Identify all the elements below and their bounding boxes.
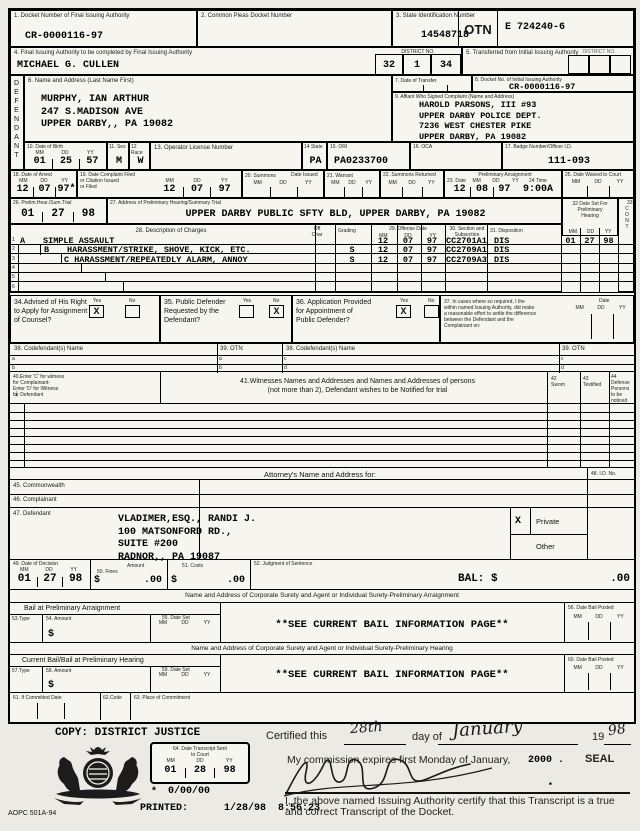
year-19-text: 19 xyxy=(592,731,604,743)
row-letter: b xyxy=(12,365,15,371)
box32-label: 32 Date Set For Preliminary Hearing xyxy=(564,201,616,219)
tick xyxy=(344,187,345,197)
tick xyxy=(587,186,588,197)
bail2-notice: **SEE CURRENT BAIL INFORMATION PAGE** xyxy=(222,669,562,682)
box9-affiant: 9. Affiant Who Signed Complaint (Name an… xyxy=(392,92,634,142)
box62-label: 62.Code xyxy=(103,695,122,701)
grid-line xyxy=(10,412,634,413)
yy-label: YY xyxy=(296,180,321,186)
attorney-header: Attorney's Name and Address for: xyxy=(170,470,470,479)
row-letter: c xyxy=(284,356,287,362)
dd-label: DD xyxy=(270,180,295,186)
bail2-title: Current Bail/Bail at Preliminary Hearing xyxy=(22,657,144,666)
state-value: PA xyxy=(303,156,328,169)
row-letter: a xyxy=(12,356,15,362)
tick xyxy=(609,186,610,197)
costs-dollar: $ xyxy=(171,575,177,588)
grid-line xyxy=(24,404,25,468)
offense-date-header: 29. Offense Date xyxy=(371,226,445,232)
witness-header: 40.Enter 'C' for witness for Complainant… xyxy=(10,372,634,404)
box64-mdy: MMDDYY xyxy=(156,758,244,764)
arraign-yy: 97 xyxy=(494,184,515,197)
charge-disposition: DIS xyxy=(494,255,509,266)
date-issued-label: Date Issued xyxy=(291,172,318,178)
costs-value: .00 xyxy=(190,575,245,588)
decision-yy: 98 xyxy=(63,573,88,587)
commonwealth-row-label: 45. Commonwealth xyxy=(13,483,65,490)
box64-value: 01 28 98 xyxy=(156,765,244,778)
grid-line xyxy=(10,364,634,365)
box10-value: 01 25 57 xyxy=(27,156,105,169)
box22-label: 22. Summons Returned xyxy=(383,172,443,178)
sworn-col-label: 42 Sworn xyxy=(551,376,565,388)
box13-label: 13. Operator License Number xyxy=(154,145,294,152)
bail2-dollar: $ xyxy=(48,680,54,693)
yy-label: YY xyxy=(196,620,218,626)
certified-this-text: Certified this xyxy=(266,730,327,742)
mm-label: MM xyxy=(152,620,174,626)
grid-line xyxy=(220,603,221,643)
mm-label: MM xyxy=(565,179,587,185)
box21-warrant: 21. Warrant MMDDYY xyxy=(324,170,380,198)
hearing-mm: 01 xyxy=(13,208,42,222)
dd-label: DD xyxy=(174,620,196,626)
grid-line xyxy=(10,355,634,356)
charge-dd: 07 xyxy=(397,255,419,266)
mm-label: MM xyxy=(569,305,590,311)
box26-value: 01 27 98 xyxy=(13,208,103,222)
box33-cont-label: C O N T xyxy=(619,206,635,230)
box2-label: 2. Common Pleas Docket Number xyxy=(201,13,381,20)
grid-line xyxy=(587,468,588,560)
docket-transcript-form: 1. Docket Number of Final Issuing Author… xyxy=(8,8,636,724)
tick xyxy=(64,703,65,719)
dd-label: DD xyxy=(582,229,600,235)
sent-mm: 01 xyxy=(156,765,185,778)
tick xyxy=(37,703,38,719)
charge-desc: C HARASSMENT/REPEATEDLY ALARM, ANNOY xyxy=(64,255,248,266)
yy-label: YY xyxy=(599,229,617,235)
box64-label: 64. Date Transcript Sent to Court xyxy=(154,746,246,758)
blank-line xyxy=(438,744,578,745)
row-letter: a xyxy=(219,356,222,362)
charge-letter: A xyxy=(20,236,25,247)
copy-district-justice: COPY: DISTRICT JUSTICE xyxy=(55,727,200,741)
bail2-posted-mdy: MMDDYY xyxy=(567,665,631,671)
box23-value: 12 08 97 xyxy=(449,184,515,197)
printed-label: PRINTED: xyxy=(140,803,188,816)
codefendants-section: 38. Codefendant(s) Name 39. OTN 38. Code… xyxy=(10,343,634,372)
grid-line xyxy=(150,666,151,693)
zero-date: 0/00/00 xyxy=(168,786,210,799)
box2-common-pleas-docket: 2. Common Pleas Docket Number xyxy=(197,10,392,47)
surety-band-1-label: Name and Address of Corporate Surety and… xyxy=(10,592,634,599)
pennsylvania-seal-icon xyxy=(50,744,146,806)
box11-label: 11. Sex xyxy=(109,144,126,150)
box64-transcript-sent: 64. Date Transcript Sent to Court MMDDYY… xyxy=(150,742,250,784)
bail2-amount-label: 58. Amount xyxy=(46,668,71,674)
box14-state: 14 State PA xyxy=(302,142,327,170)
box10-date-of-birth: 10. Date of Birth MMDDYY 01 25 57 xyxy=(24,142,107,170)
grid-line xyxy=(530,507,531,534)
grid-line xyxy=(42,614,43,643)
date-label: Date xyxy=(599,298,610,304)
box12-label: 12 Race xyxy=(131,144,149,156)
charge-letter: B xyxy=(44,245,49,256)
box6-value: MURPHY, IAN ARTHUR 247 S.MADISON AVE UPP… xyxy=(41,94,173,132)
grid-line xyxy=(217,344,218,373)
bal-label: BAL: $ xyxy=(458,573,498,587)
tick xyxy=(422,187,423,197)
box25-mdy: MMDDYY xyxy=(565,179,631,185)
box52-label: 52. Judgment of Sentence xyxy=(254,561,312,567)
handwritten-day: 28th xyxy=(349,719,383,737)
row-letter: b xyxy=(219,365,222,371)
grid-line xyxy=(10,272,634,273)
down-arrow-icon: ↓ xyxy=(14,388,19,398)
surety-band-2-label: Name and Address of Corporate Surety and… xyxy=(10,645,634,652)
box15-ori: 15. ORI PA0233700 xyxy=(327,142,410,170)
box34-right-to-counsel: 34.Advised of His Right to Apply for Ass… xyxy=(10,295,160,343)
grid-line xyxy=(580,404,581,468)
grid-line xyxy=(609,404,610,468)
box63-label: 63. Place of Commitment xyxy=(134,695,190,701)
box35-yes-checkbox xyxy=(239,305,254,318)
box4-value: MICHAEL G. CULLEN xyxy=(17,60,119,73)
box26-label: 26. Prelim.Hear./Sum.Trial xyxy=(13,200,105,206)
tick xyxy=(610,622,611,640)
yy-label: YY xyxy=(422,180,441,186)
defendant-rail-box: DEFENDANT xyxy=(10,75,24,170)
grid-line xyxy=(10,420,634,421)
bail1-posted-label: 56. Date Bail Posted xyxy=(568,605,632,611)
grid-line xyxy=(10,428,634,429)
charge-row-num: 6 xyxy=(12,284,15,290)
otn-value: E 724240-6 xyxy=(505,22,565,35)
grid-line xyxy=(10,494,634,495)
tick xyxy=(588,673,589,690)
defense-persons-col-label: 44 Defense Persons to be noticed xyxy=(611,374,630,404)
bail-1-row: Bail at Preliminary Arraignment 53.Type … xyxy=(10,603,634,643)
form-id: AOPC 501A-94 xyxy=(8,810,56,817)
box1-label: 1. Docket Number of Final Issuing Author… xyxy=(14,13,194,20)
fines-dollar: $ xyxy=(94,575,100,588)
grid-line xyxy=(10,460,634,461)
grid-line xyxy=(609,372,610,404)
hearing-yy: 98 xyxy=(74,208,103,222)
grid-line xyxy=(564,603,565,643)
private-label: Private xyxy=(536,517,559,526)
grid-line xyxy=(559,344,560,373)
bail-2-row: Current Bail/Bail at Preliminary Hearing… xyxy=(10,655,634,693)
box16-oca: 16. OCA xyxy=(410,142,502,170)
box22-mdy: MMDDYY xyxy=(383,180,441,186)
box33-cont: 33 C O N T xyxy=(618,198,634,292)
box35-no-checkbox: X xyxy=(269,305,284,318)
defendant-row-label: 47. Defendant xyxy=(13,511,51,518)
decision-mm: 01 xyxy=(12,573,37,587)
complainant-row-label: 46. Complainant xyxy=(13,497,57,504)
yy-label: YY xyxy=(196,672,218,678)
box4-final-issuing-authority: 4. Final Issuing Authority to be complet… xyxy=(10,47,462,75)
yes-label: Yes xyxy=(93,298,101,304)
seal-text: SEAL xyxy=(585,753,614,765)
charges-desc-header: 28. Description of Charges xyxy=(71,228,271,235)
box21-mdy: MMDDYY xyxy=(327,180,377,186)
grid-line xyxy=(315,225,316,293)
bail2-posted-label: 60. Date Bail Posted xyxy=(568,657,632,663)
set-dd: 27 xyxy=(580,236,599,247)
yes-label: Yes xyxy=(400,298,408,304)
bail2-mdy: MMDDYY xyxy=(152,672,218,678)
amount-label: Amount xyxy=(127,563,144,569)
complaint-dd: 07 xyxy=(184,184,211,197)
tick xyxy=(591,314,592,339)
ori-value: PA0233700 xyxy=(334,156,388,169)
arrest-dd: 07 xyxy=(34,184,55,197)
box6-label: 6. Name and Address (Last Name First) xyxy=(28,78,228,85)
dd-label: DD xyxy=(344,180,361,186)
grid-line xyxy=(100,693,101,720)
row-letter: d xyxy=(284,365,287,371)
mm-label: MM xyxy=(245,180,270,186)
box3-state-id: 3. State Identification Number 14548718 … xyxy=(392,10,634,47)
step-line xyxy=(123,282,124,292)
witness-rows xyxy=(10,404,634,468)
tick xyxy=(610,673,611,690)
dd-label: DD xyxy=(185,758,214,764)
charge-yy: 97 xyxy=(421,255,443,266)
grid-line xyxy=(250,560,251,590)
box49-value: 01 27 98 xyxy=(12,573,88,587)
charge-row-num: 2 xyxy=(12,246,15,252)
certify-text-line2: and correct Transcript of the Docket. xyxy=(285,806,454,818)
signature-line xyxy=(285,792,630,794)
arrest-yy: 97* xyxy=(56,184,77,197)
decision-dd: 27 xyxy=(38,573,63,587)
box27-value: UPPER DARBY PUBLIC SFTY BLD, UPPER DARBY… xyxy=(108,209,563,222)
tick xyxy=(297,187,298,197)
badge-value: 111-093 xyxy=(503,156,635,169)
bal-value: .00 xyxy=(570,573,630,587)
dd-label: DD xyxy=(588,614,609,620)
other-label: Other xyxy=(536,542,555,551)
box25-date-waived: 25. Date Waived to Court MMDDYY xyxy=(562,170,634,198)
box37-settlement-effort: 37. In cases where so required, I the wi… xyxy=(440,295,634,343)
grid-line xyxy=(10,281,634,282)
otn-label: OTN xyxy=(458,11,498,48)
yy-label: YY xyxy=(610,614,631,620)
private-checkbox-mark: X xyxy=(515,516,521,529)
grid-line xyxy=(42,666,43,693)
box26-prelim-hearing-date: 26. Prelim.Hear./Sum.Trial 01 27 98 xyxy=(10,198,107,224)
box7-label: 7. Date of Transfer xyxy=(395,78,471,84)
tick xyxy=(362,187,363,197)
defendant-rail-label: DEFENDANT xyxy=(13,80,20,170)
box20-summons: 20. Summons Date Issued MMDDYY xyxy=(242,170,324,198)
row-letter: d xyxy=(561,365,564,371)
bail1-type-label: 53.Type xyxy=(12,616,30,622)
box27-label: 27. Address of Preliminary Hearing/Summa… xyxy=(110,200,360,206)
mm-label: MM xyxy=(383,180,402,186)
dd-label: DD xyxy=(174,672,196,678)
dob-dd: 25 xyxy=(53,156,78,169)
box24-value: 9:00A xyxy=(523,184,553,197)
dd-label: DD xyxy=(590,305,611,311)
off-char-header: Off Char xyxy=(308,226,326,238)
no-label: No xyxy=(273,298,279,304)
box1-docket-number: 1. Docket Number of Final Issuing Author… xyxy=(10,10,197,47)
sex-value: M xyxy=(108,156,130,169)
grid-line xyxy=(10,444,634,445)
otn-right-label: 39. OTN xyxy=(562,346,585,353)
charge-row-num: 1 xyxy=(12,237,15,243)
complaint-mm: 12 xyxy=(156,184,183,197)
box21-label: 21. Warrant xyxy=(327,173,353,179)
arraign-dd: 08 xyxy=(471,184,492,197)
box18-value: 12 07 97* xyxy=(12,184,77,197)
race-value: W xyxy=(130,156,151,169)
box41-label: 41.Witnesses Names and Addresses and Nam… xyxy=(170,378,545,396)
box22-summons-returned: 22. Summons Returned MMDDYY xyxy=(380,170,444,198)
tick xyxy=(270,187,271,197)
grid-line xyxy=(547,404,548,468)
charge-row-num: 3 xyxy=(12,256,15,262)
box12-race: 12 Race W xyxy=(129,142,150,170)
yy-label: YY xyxy=(609,179,631,185)
dd-label: DD xyxy=(588,665,609,671)
box36-application-provided: 36. Application Provided for Appointment… xyxy=(292,295,440,343)
codefendant-left-label: 38. Codefendant(s) Name xyxy=(14,346,83,353)
box13-operator-license: 13. Operator License Number xyxy=(150,142,302,170)
dd-label: DD xyxy=(587,179,609,185)
grading-header: Grading xyxy=(338,228,356,234)
no-label: No xyxy=(428,298,434,304)
box18-date-of-arrest: 18. Date of Arrest MMDDYY 12 07 97* xyxy=(10,170,77,198)
grid-line xyxy=(130,693,131,720)
box40-label: 40.Enter 'C' for witness for Complainant… xyxy=(13,374,108,398)
grid-line xyxy=(282,344,283,373)
footnote-star: * xyxy=(151,787,157,800)
grid-line xyxy=(10,452,634,453)
arraign-mm: 12 xyxy=(449,184,470,197)
box19-label: 19. Date Complaint Filed or Citation Iss… xyxy=(80,172,150,190)
box14-label: 14 State xyxy=(304,144,326,150)
box36-no-checkbox xyxy=(424,305,439,318)
box6-defendant-name-address: 6. Name and Address (Last Name First) MU… xyxy=(24,75,392,142)
bail1-title: Bail at Preliminary Arraignment xyxy=(24,605,120,614)
box1-value: CR-0000116-97 xyxy=(25,31,103,44)
charge-row-num: 5 xyxy=(12,274,15,280)
district-cell-3: 34 xyxy=(431,54,461,75)
box36-yes-checkbox: X xyxy=(396,305,411,318)
mm-label: MM xyxy=(152,672,174,678)
district-cell-2: 1 xyxy=(403,54,431,75)
mm-label: MM xyxy=(567,614,588,620)
id-no-label: 48. I.D. No. xyxy=(591,471,616,477)
box17-badge-number: 17. Badge Number/Officer I.D. 111-093 xyxy=(502,142,634,170)
codefendant-right-label: 38. Codefendant(s) Name xyxy=(286,346,355,353)
box36-label: 36. Application Provided for Appointment… xyxy=(296,299,396,325)
bail1-mdy: MMDDYY xyxy=(152,620,218,626)
attorney-rows: 45. Commonwealth 46. Complainant 47. Def… xyxy=(10,480,634,560)
box17-label: 17. Badge Number/Officer I.D. xyxy=(505,144,625,150)
box23-24-prelim-arraignment: Preliminary Arraignment 23. Date MMDDYY … xyxy=(444,170,562,198)
bail1-notice: **SEE CURRENT BAIL INFORMATION PAGE** xyxy=(222,619,562,632)
box9-value: HAROLD PARSONS, III #93 UPPER DARBY POLI… xyxy=(419,100,541,143)
surety-band-1: Name and Address of Corporate Surety and… xyxy=(10,590,634,603)
commitment-row: 61. If Committed Date 62.Code 63. Place … xyxy=(10,693,634,720)
box27-hearing-address: 27. Address of Preliminary Hearing/Summa… xyxy=(107,198,562,224)
disposition-header: 31. Disposition xyxy=(490,228,523,234)
charge-row-num: 4 xyxy=(12,265,15,271)
grid-line xyxy=(10,507,634,508)
dob-mm: 01 xyxy=(27,156,52,169)
grid-line xyxy=(220,655,221,693)
line-mark: * xyxy=(548,782,553,792)
yy-label: YY xyxy=(215,758,244,764)
box15-label: 15. ORI xyxy=(330,144,347,150)
grid-line xyxy=(90,560,91,590)
defendant-attorney-value: VLADIMER,ESQ., RANDI J. 100 MATSONFORD R… xyxy=(118,514,256,564)
set-yy: 98 xyxy=(599,236,618,247)
testified-col-label: 43 Testified xyxy=(583,376,601,388)
dob-yy: 57 xyxy=(80,156,105,169)
grid-line xyxy=(160,372,161,404)
bail1-amount-label: 54. Amount xyxy=(46,616,71,622)
grid-line xyxy=(580,372,581,404)
box34-no-checkbox xyxy=(125,305,140,318)
set-mm: 01 xyxy=(561,236,580,247)
yes-label: Yes xyxy=(243,298,251,304)
district5-cell-2 xyxy=(589,55,610,74)
mm-label: MM xyxy=(156,758,185,764)
grid-line xyxy=(564,655,565,693)
grid-line xyxy=(10,436,634,437)
bail1-posted-mdy: MMDDYY xyxy=(567,614,631,620)
yy-label: YY xyxy=(612,305,633,311)
yy-label: YY xyxy=(360,180,377,186)
fines-value: .00 xyxy=(110,575,162,588)
box19-complaint-filed: 19. Date Complaint Filed or Citation Iss… xyxy=(77,170,242,198)
bail1-dollar: $ xyxy=(48,629,54,642)
yy-label: YY xyxy=(610,665,631,671)
scanned-court-docket-page: 1. Docket Number of Final Issuing Author… xyxy=(0,0,640,831)
tick xyxy=(613,314,614,339)
row-letter: c xyxy=(561,356,564,362)
box51-label: 51. Costs xyxy=(182,563,203,569)
charge-grading: S xyxy=(336,255,368,266)
box35-label: 35. Public Defender Requested by the Def… xyxy=(164,299,249,325)
box11-sex: 11. Sex M xyxy=(107,142,129,170)
blank-line xyxy=(604,744,631,745)
box7-date-of-transfer: 7. Date of Transfer xyxy=(392,75,472,92)
box25-label: 25. Date Waived to Court xyxy=(565,172,633,178)
bail2-type-label: 57.Type xyxy=(12,668,30,674)
district-cell-1: 32 xyxy=(375,54,403,75)
day-of-text: day of xyxy=(412,731,442,743)
handwritten-year: 98 xyxy=(607,721,627,739)
box35-public-defender: 35. Public Defender Requested by the Def… xyxy=(160,295,292,343)
box37-label: 37. In cases where so required, I the wi… xyxy=(444,299,566,329)
box16-label: 16. OCA xyxy=(413,144,432,150)
surety-band-2: Name and Address of Corporate Surety and… xyxy=(10,643,634,655)
box8-initial-docket-no: 8. Docket No. of Initial Issuing Authori… xyxy=(472,75,634,92)
box37-mdy: MMDDYY xyxy=(569,305,633,311)
grid-line xyxy=(510,534,587,535)
otn-left-label: 39. OTN xyxy=(220,346,243,353)
handwritten-month: January xyxy=(451,716,523,742)
